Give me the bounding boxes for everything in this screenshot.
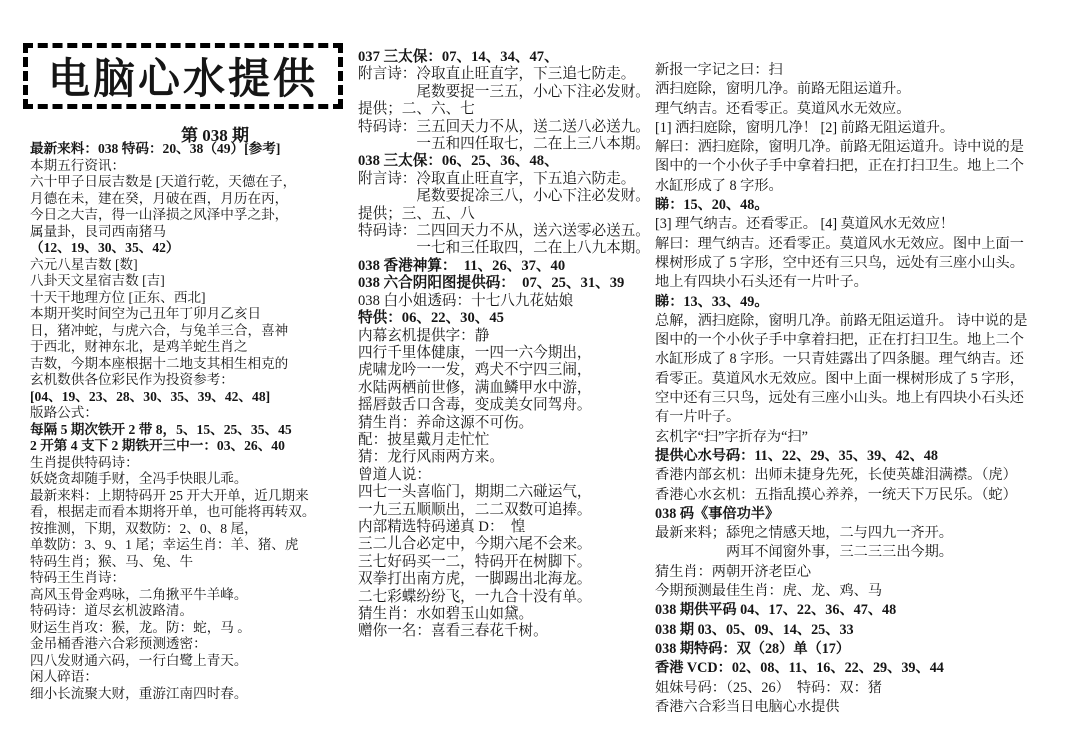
text-line: 地上有四块小石头还有一片叶子。 [655,273,1080,292]
text-line: 038 期 03、05、09、14、25、33 [655,621,1080,640]
text-line: 每隔 5 期次铁开 2 带 8，5、15、25、35、45 [30,422,360,439]
text-line: 财运生肖攻：猴，龙。防：蛇，马 。 [30,620,360,637]
text-line: 尾数要捉凃三八，小心下注必发财。 [358,188,658,205]
text-line: 看零正。莫道风水无效应。图中上面一棵树形成了 5 字形， [655,370,1080,389]
text-line: 总解，洒扫庭除，窗明几净。前路无阻运道升。 诗中说的是 [655,312,1080,331]
text-line: 猜：龙行风雨两方来。 [358,449,658,466]
text-line: 六元八星吉数 [数] [30,257,360,274]
text-line: 睇：15、20、48。 [655,196,1080,215]
text-line: 今期预测最佳生肖：虎、龙、鸡、马 [655,582,1080,601]
text-line: 038 期供平码 04、17、22、36、47、48 [655,601,1080,620]
text-line: 2 开第 4 支下 2 期铁开三中一：03、26、40 [30,438,360,455]
text-line: 解曰：理气纳吉。还看零正。莫道风水无效应。图中上面一 [655,235,1080,254]
text-line: 尾数要捉一三五，小心下注必发财。 [358,84,658,101]
text-line: 八卦天文星宿吉数 [吉] [30,273,360,290]
text-line: 版路公式： [30,405,360,422]
text-line: 摇唇鼓舌口含毒，变成美女同驾舟。 [358,397,658,414]
text-line: 特码诗：三五回天力不从，送二送八必送九。 [358,119,658,136]
text-line: 看，根据走而看本期将开单，也可能将再转双。 [30,504,360,521]
text-line: 属量卦，艮司西南猪马 [30,224,360,241]
text-line: 二七彩蝶纷纷飞，一九合十没有单。 [358,589,658,606]
text-line: （12、19、30、35、42） [30,240,360,257]
text-line: 038 三太保：06、25、36、48、 [358,153,658,170]
text-line: 十天干地理方位 [正东、西北] [30,290,360,307]
text-line: 037 三太保：07、14、34、47、 [358,49,658,66]
text-line: 一七和三任取四，二在上八九本期。 [358,240,658,257]
title-box: 电脑心水提供 [23,43,343,109]
text-line: 日，猪冲蛇，与虎六合，与兔羊三合，喜神 [30,323,360,340]
text-line: 理气纳吉。还看零正。莫道风水无效应。 [655,100,1080,119]
text-line: 闲人碎语： [30,669,360,686]
text-line: 提供；二、六、七 [358,101,658,118]
text-line: [04、19、23、28、30、35、39、42、48] [30,389,360,406]
text-line: 于西北，财神东北，是鸡羊蛇生肖之 [30,339,360,356]
text-line: 三二儿合必定中，今期六尾不会来。 [358,536,658,553]
page: 电脑心水提供 第 038 期 最新来料：038 特码：20、38（49）[参考]… [0,0,1080,749]
text-line: 今日之大吉，得一山泽损之风泽中孚之卦， [30,207,360,224]
text-line: 一九三五顺顺出，二二双数可追捧。 [358,502,658,519]
text-line: [3] 理气纳吉。还看零正。 [4] 莫道风水无效应！ [655,215,1080,234]
text-line: 双拳打出南方虎，一脚踢出北海龙。 [358,571,658,588]
text-line: 金吊桶香港六合彩预测透密： [30,636,360,653]
text-line: 内部精选特码递真 D： 惶 [358,519,658,536]
text-line: 水缸形成了 8 字形。一只青娃露出了四条腿。理气纳吉。还 [655,350,1080,369]
text-line: 配：披星戴月走忙忙 [358,432,658,449]
text-line: 香港 VCD：02、08、11、16、22、29、39、44 [655,659,1080,678]
text-line: 猜生肖：两朝开济老臣心 [655,563,1080,582]
text-line: 洒扫庭除，窗明几净。前路无阻运道升。 [655,80,1080,99]
text-line: 038 期特码：双（28）单（17） [655,640,1080,659]
text-line: 姐妹号码：（25、26） 特码：双：猪 [655,679,1080,698]
text-line: 解曰：洒扫庭除，窗明几净。前路无阻运道升。诗中说的是 [655,138,1080,157]
text-line: 玄机字“扫”字折存为“扫” [655,428,1080,447]
text-line: 水陆两栖前世修，满血鳞甲水中游， [358,380,658,397]
text-line: 猜生肖：水如碧玉山如黛。 [358,606,658,623]
text-line: [1] 洒扫庭除，窗明几净！ [2] 前路无阻运道升。 [655,119,1080,138]
text-line: 单数防：3、9、1 尾；幸运生肖：羊、猪、虎 [30,537,360,554]
text-line: 四八发财通六码，一行白鹭上青天。 [30,653,360,670]
text-line: 棵树形成了 5 字形，空中还有三只鸟，远处有三座小山头。 [655,254,1080,273]
text-line: 香港内部玄机：出师未捷身先死，长使英雄泪满襟。（虎） [655,466,1080,485]
text-line: 新报一字记之曰：扫 [655,61,1080,80]
text-line: 附言诗：冷取直止旺直字，下五追六防走。 [358,171,658,188]
text-line: 本期开奖时间空为己丑年丁卯月乙亥日 [30,306,360,323]
text-line: 特码生肖；猴、马、兔、牛 [30,554,360,571]
text-line: 最新来料：038 特码：20、38（49）[参考] [30,141,360,158]
middle-column: 037 三太保：07、14、34、47、附言诗：冷取直止旺直字，下三追七防走。 … [358,49,658,641]
text-line: 水缸形成了 8 字形。 [655,177,1080,196]
text-line: 生肖提供特码诗： [30,455,360,472]
text-line: 睇：13、33、49。 [655,293,1080,312]
text-line: 猜生肖：养命这源不可伤。 [358,415,658,432]
text-line: 按推测，下期，双数防：2、0、8 尾， [30,521,360,538]
text-line: 妖娆贪却随手财，全冯手快眼儿乖。 [30,471,360,488]
text-line: 赠你一名：喜看三春花千树。 [358,623,658,640]
text-line: 最新来料：上期特码开 25 开大开单，近几期来 [30,488,360,505]
page-title: 电脑心水提供 [48,46,318,106]
right-column: 新报一字记之曰：扫洒扫庭除，窗明几净。前路无阻运道升。理气纳吉。还看零正。莫道风… [655,61,1080,717]
text-line: 图中的一个小伙子手中拿着扫把，正在打扫卫生。地上二个 [655,331,1080,350]
text-line: 香港六合彩当日电脑心水提供 [655,698,1080,717]
text-line: 空中还有三只鸟，远处有三座小山头。地上有四块小石头还 [655,389,1080,408]
text-line: 特供：06、22、30、45 [358,310,658,327]
text-line: 038 六合阴阳图提供码： 07、25、31、39 [358,275,658,292]
text-line: 有一片叶子。 [655,408,1080,427]
text-line: 附言诗：冷取直止旺直字，下三追七防走。 [358,66,658,83]
text-line: 玄机数供各位彩民作为投资参考： [30,372,360,389]
text-line: 高风玉骨金鸡咏，二角揪平牛羊峰。 [30,587,360,604]
text-line: 特码诗：二四回天力不从，送六送零必送五。 [358,223,658,240]
text-line: 提供；三、五、八 [358,206,658,223]
text-line: 虎啸龙吟一一发，鸡犬不宁四三闹， [358,362,658,379]
text-line: 香港心水玄机：五指乱摸心养养，一统天下万民乐。（蛇） [655,486,1080,505]
text-line: 六十甲子日辰吉数是 [天道行乾，天德在子， [30,174,360,191]
text-line: 两耳不闻窗外事，三二三三出今期。 [655,543,1080,562]
text-line: 本期五行资讯： [30,158,360,175]
text-line: 038 香港神算： 11、26、37、40 [358,258,658,275]
text-line: 提供心水号码：11、22、29、35、39、42、48 [655,447,1080,466]
left-column: 最新来料：038 特码：20、38（49）[参考]本期五行资讯：六十甲子日辰吉数… [30,141,360,702]
text-line: 特码王生肖诗： [30,570,360,587]
text-line: 四行千里体健康，一四一六今期出， [358,345,658,362]
text-line: 038 白小姐透码：十七八九花姑娘 [358,293,658,310]
text-line: 最新来料；舔兜之情感天地，二与四九一齐开。 [655,524,1080,543]
text-line: 图中的一个小伙子手中拿着扫把，正在打扫卫生。地上二个 [655,157,1080,176]
text-line: 特码诗：道尽玄机波路清。 [30,603,360,620]
text-line: 吉数，今期本座根据十二地支其相生相克的 [30,356,360,373]
text-line: 月德在未，建在癸，月破在酉，月历在丙， [30,191,360,208]
text-line: 四七一头喜临门，期期二六碰运气， [358,484,658,501]
text-line: 一五和四任取七，二在上三八本期。 [358,136,658,153]
text-line: 三七好码买一二，特码开在树脚下。 [358,554,658,571]
text-line: 细小长流聚大财，重游江南四时春。 [30,686,360,703]
text-line: 内幕玄机提供字：静 [358,328,658,345]
text-line: 038 码《事倍功半》 [655,505,1080,524]
text-line: 曾道人说： [358,467,658,484]
